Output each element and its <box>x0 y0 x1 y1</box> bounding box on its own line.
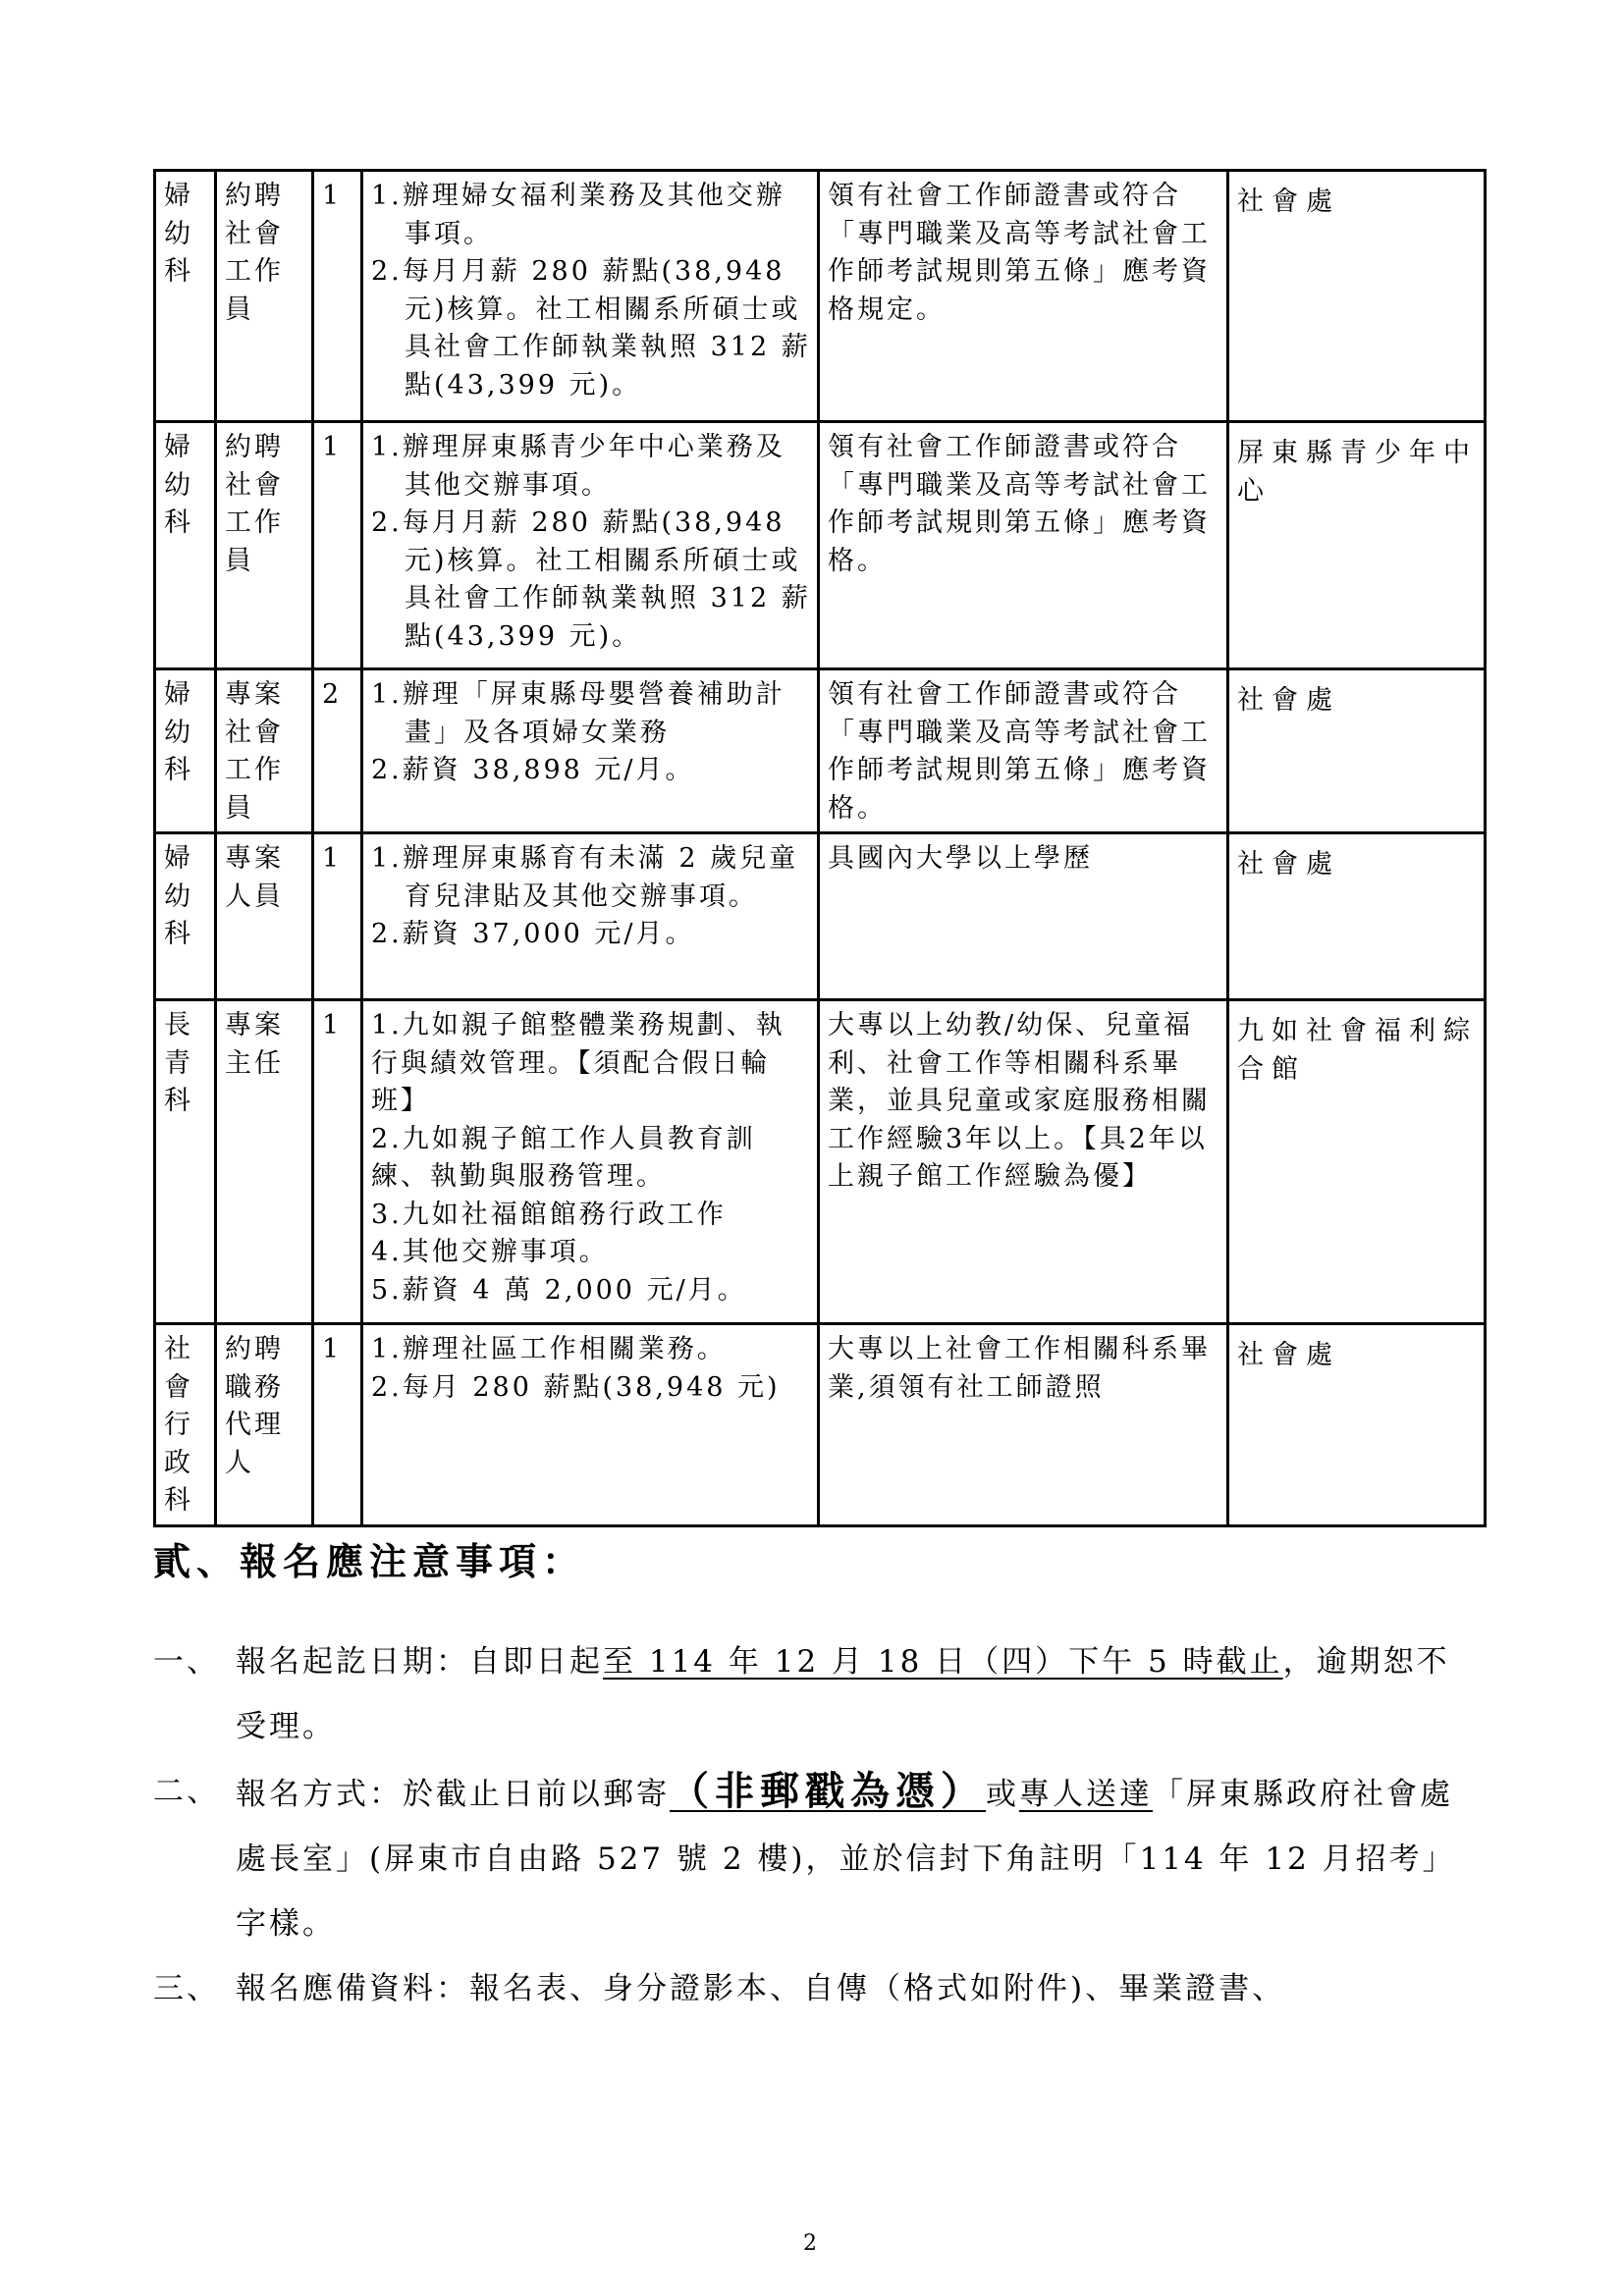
job-openings-table: 婦幼科約聘社會工作員11.辦理婦女福利業務及其他交辦事項。2.每月月薪 280 … <box>153 169 1487 1527</box>
qualification-cell: 領有社會工作師證書或符合「專門職業及高等考試社會工作師考試規則第五條」應考資格規… <box>819 171 1228 422</box>
duty-item: 1.九如親子館整體業務規劃、執行與績效管理。【須配合假日輪班】 <box>371 1007 811 1121</box>
job-title-cell: 專案人員 <box>216 833 313 1000</box>
duties-cell: 1.九如親子館整體業務規劃、執行與績效管理。【須配合假日輪班】2.九如親子館工作… <box>362 1000 819 1324</box>
headcount-cell: 1 <box>313 833 362 1000</box>
headcount-cell: 1 <box>313 1000 362 1324</box>
job-title-cell: 專案主任 <box>216 1000 313 1324</box>
duty-item: 2.薪資 37,000 元/月。 <box>371 916 811 954</box>
duty-item: 2.每月 280 薪點(38,948 元) <box>371 1369 811 1408</box>
table-row: 婦幼科專案社會工作員21.辦理「屏東縣母嬰營養補助計畫」及各項婦女業務2.薪資 … <box>155 669 1486 833</box>
duty-item: 2.九如親子館工作人員教育訓練、執勤與服務管理。 <box>371 1121 811 1197</box>
headcount-cell: 1 <box>313 171 362 422</box>
division-cell: 長青科 <box>155 1000 216 1324</box>
duties-cell: 1.辦理「屏東縣母嬰營養補助計畫」及各項婦女業務2.薪資 38,898 元/月。 <box>362 669 819 833</box>
duty-item: 1.辦理社區工作相關業務。 <box>371 1331 811 1369</box>
division-cell: 婦幼科 <box>155 171 216 422</box>
hand-delivery-text: 專人送達 <box>1019 1777 1153 1812</box>
division-cell: 婦幼科 <box>155 669 216 833</box>
work-location-cell: 社會處 <box>1228 1324 1486 1526</box>
duties-cell: 1.辦理屏東縣青少年中心業務及其他交辦事項。2.每月月薪 280 薪點(38,9… <box>362 422 819 669</box>
duty-item: 3.九如社福館館務行政工作 <box>371 1197 811 1235</box>
page-number: 2 <box>803 2231 817 2256</box>
qualification-cell: 領有社會工作師證書或符合「專門職業及高等考試社會工作師考試規則第五條」應考資格。 <box>819 669 1228 833</box>
duties-cell: 1.辦理屏東縣育有未滿 2 歲兒童育兒津貼及其他交辦事項。2.薪資 37,000… <box>362 833 819 1000</box>
qualification-cell: 大專以上幼教/幼保、兒童福利、社會工作等相關科系畢業，並具兒童或家庭服務相關工作… <box>819 1000 1228 1324</box>
section-heading: 貳、報名應注意事項： <box>153 1531 585 1585</box>
job-title-cell: 約聘社會工作員 <box>216 422 313 669</box>
table-row: 婦幼科約聘社會工作員11.辦理婦女福利業務及其他交辦事項。2.每月月薪 280 … <box>155 171 1486 422</box>
duty-item: 4.其他交辦事項。 <box>371 1234 811 1272</box>
work-location-cell: 社會處 <box>1228 833 1486 1000</box>
duty-item: 2.每月月薪 280 薪點(38,948元)核算。社工相關系所碩士或具社會工作師… <box>371 253 811 404</box>
division-cell: 社會行政科 <box>155 1324 216 1526</box>
table-row: 長青科專案主任11.九如親子館整體業務規劃、執行與績效管理。【須配合假日輪班】2… <box>155 1000 1486 1324</box>
document-page: 婦幼科約聘社會工作員11.辦理婦女福利業務及其他交辦事項。2.每月月薪 280 … <box>0 0 1624 2296</box>
deadline-text: 至 114 年 12 月 18 日（四）下午 5 時截止 <box>603 1644 1283 1680</box>
duty-item: 5.薪資 4 萬 2,000 元/月。 <box>371 1272 811 1310</box>
qualification-cell: 具國內大學以上學歷 <box>819 833 1228 1000</box>
job-title-cell: 約聘社會工作員 <box>216 171 313 422</box>
job-title-cell: 約聘職務代理人 <box>216 1324 313 1526</box>
duties-cell: 1.辦理婦女福利業務及其他交辦事項。2.每月月薪 280 薪點(38,948元)… <box>362 171 819 422</box>
duties-cell: 1.辦理社區工作相關業務。2.每月 280 薪點(38,948 元) <box>362 1324 819 1526</box>
qualification-cell: 領有社會工作師證書或符合「專門職業及高等考試社會工作師考試規則第五條」應考資格。 <box>819 422 1228 669</box>
table-row: 婦幼科約聘社會工作員11.辦理屏東縣青少年中心業務及其他交辦事項。2.每月月薪 … <box>155 422 1486 669</box>
work-location-cell: 社會處 <box>1228 171 1486 422</box>
duty-item: 1.辦理婦女福利業務及其他交辦事項。 <box>371 178 811 253</box>
qualification-cell: 大專以上社會工作相關科系畢業,須領有社工師證照 <box>819 1324 1228 1526</box>
work-location-cell: 屏東縣青少年中心 <box>1228 422 1486 669</box>
note-registration-period: 一、 報名起訖日期：自即日起至 114 年 12 月 18 日（四）下午 5 時… <box>153 1629 1474 1759</box>
headcount-cell: 1 <box>313 422 362 669</box>
work-location-cell: 社會處 <box>1228 669 1486 833</box>
duty-item: 2.薪資 38,898 元/月。 <box>371 752 811 790</box>
headcount-cell: 1 <box>313 1324 362 1526</box>
work-location-cell: 九如社會福利綜合館 <box>1228 1000 1486 1324</box>
division-cell: 婦幼科 <box>155 833 216 1000</box>
table-row: 社會行政科約聘職務代理人11.辦理社區工作相關業務。2.每月 280 薪點(38… <box>155 1324 1486 1526</box>
table-row: 婦幼科專案人員11.辦理屏東縣育有未滿 2 歲兒童育兒津貼及其他交辦事項。2.薪… <box>155 833 1486 1000</box>
note-registration-method: 二、 報名方式：於截止日前以郵寄（非郵戳為憑）或專人送達「屏東縣政府社會處處長室… <box>153 1759 1474 1956</box>
note-required-documents: 三、 報名應備資料：報名表、身分證影本、自傳（格式如附件)、畢業證書、 <box>153 1956 1474 2021</box>
headcount-cell: 2 <box>313 669 362 833</box>
duty-item: 2.每月月薪 280 薪點(38,948元)核算。社工相關系所碩士或具社會工作師… <box>371 505 811 656</box>
division-cell: 婦幼科 <box>155 422 216 669</box>
postmark-emphasis: （非郵戳為憑） <box>670 1768 986 1814</box>
job-title-cell: 專案社會工作員 <box>216 669 313 833</box>
registration-notes: 一、 報名起訖日期：自即日起至 114 年 12 月 18 日（四）下午 5 時… <box>153 1629 1474 2021</box>
duty-item: 1.辦理「屏東縣母嬰營養補助計畫」及各項婦女業務 <box>371 676 811 752</box>
duty-item: 1.辦理屏東縣青少年中心業務及其他交辦事項。 <box>371 429 811 505</box>
duty-item: 1.辦理屏東縣育有未滿 2 歲兒童育兒津貼及其他交辦事項。 <box>371 840 811 916</box>
